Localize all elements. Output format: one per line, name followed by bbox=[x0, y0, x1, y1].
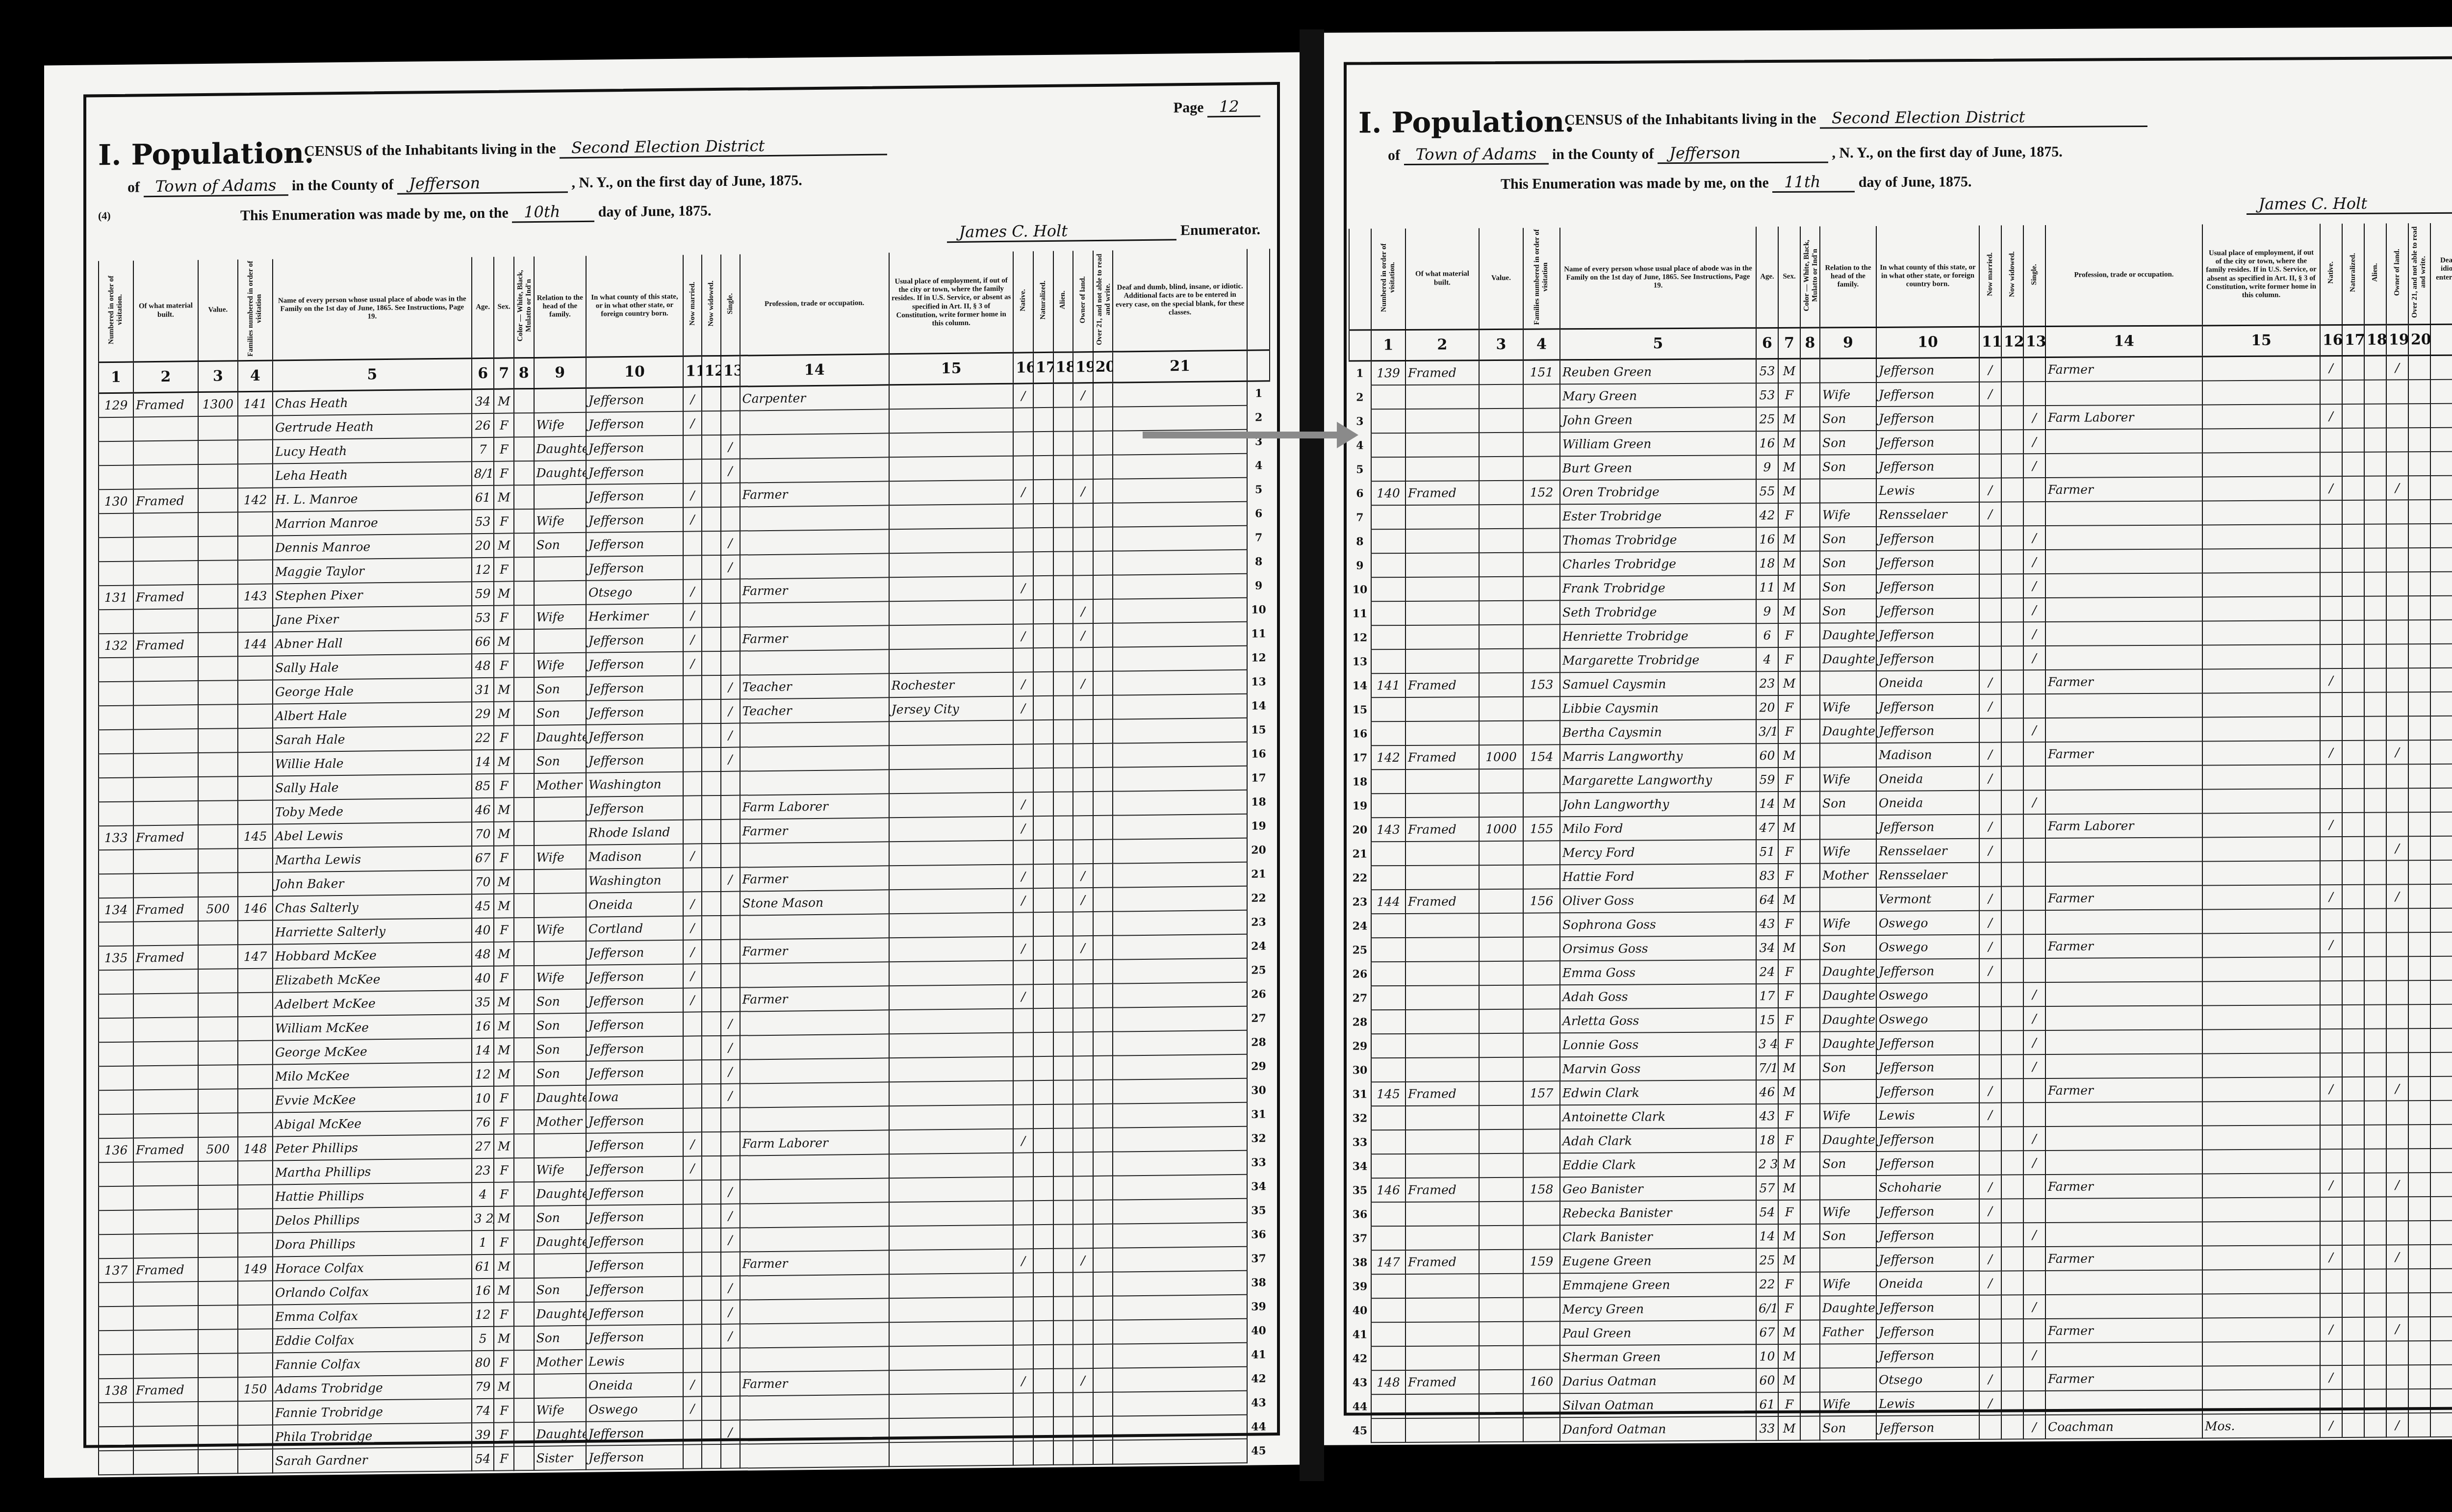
cell-empty bbox=[1033, 432, 1053, 456]
cell-c16: / bbox=[2320, 356, 2342, 381]
cell-sex: M bbox=[494, 942, 514, 966]
cell-name: Arletta Goss bbox=[1560, 1008, 1756, 1033]
cell-empty bbox=[2342, 837, 2364, 861]
cell-c16 bbox=[2320, 957, 2342, 981]
cell-name: Milo Ford bbox=[1560, 816, 1756, 841]
cell-empty bbox=[1053, 1153, 1073, 1177]
cell-empty bbox=[2342, 356, 2364, 380]
cell-dwell bbox=[99, 513, 133, 538]
cell-empty bbox=[1113, 1199, 1247, 1224]
cell-occ: Farmer bbox=[740, 938, 889, 964]
column-header-11: Now married. bbox=[1979, 226, 2001, 327]
cell-c11: / bbox=[1979, 959, 2001, 983]
cell-c11: / bbox=[1979, 1199, 2001, 1223]
cell-name: Orsimus Goss bbox=[1560, 936, 1756, 961]
cell-empty bbox=[514, 870, 534, 894]
cell-rel: Wife bbox=[534, 412, 587, 437]
cell-empty bbox=[2408, 980, 2430, 1004]
cell-family bbox=[238, 969, 273, 993]
cell-c16: / bbox=[2320, 933, 2342, 957]
cell-empty bbox=[1113, 982, 1247, 1008]
cell-empty bbox=[1800, 936, 1820, 960]
cell-emp bbox=[2202, 861, 2320, 885]
cell-born: Jefferson bbox=[586, 508, 683, 533]
cell-material bbox=[133, 1161, 198, 1186]
cell-emp bbox=[2202, 644, 2320, 669]
cell-empty bbox=[1093, 960, 1113, 984]
cell-c13 bbox=[2023, 886, 2045, 910]
cell-empty bbox=[1053, 648, 1073, 672]
column-header-label: Value. bbox=[208, 306, 228, 313]
column-header-18: Alien. bbox=[2364, 223, 2386, 325]
cell-born: Washington bbox=[586, 868, 683, 893]
cell-emp bbox=[2202, 500, 2320, 525]
cell-age: 25 bbox=[1756, 1248, 1778, 1272]
cell-occ bbox=[2045, 645, 2202, 670]
line-number-header bbox=[1349, 229, 1371, 330]
cell-empty bbox=[2430, 379, 2452, 404]
cell-name: Mary Green bbox=[1560, 383, 1756, 408]
cell-name: Seth Trobridge bbox=[1560, 599, 1756, 624]
cell-material bbox=[133, 609, 198, 633]
cell-c11 bbox=[683, 1180, 702, 1204]
cell-dwell bbox=[1371, 1034, 1405, 1058]
cell-empty bbox=[2364, 1341, 2386, 1365]
cell-empty bbox=[1800, 1416, 1820, 1440]
cell-age: 12 bbox=[472, 558, 494, 582]
cell-empty bbox=[702, 940, 721, 964]
line-number: 30 bbox=[1349, 1058, 1371, 1082]
cell-empty bbox=[514, 701, 534, 725]
line-number: 13 bbox=[1247, 669, 1270, 693]
cell-material bbox=[133, 537, 198, 561]
cell-empty bbox=[2430, 1220, 2452, 1245]
cell-sex: F bbox=[1778, 1128, 1800, 1152]
cell-c13: / bbox=[2023, 430, 2045, 454]
cell-empty bbox=[1800, 792, 1820, 816]
column-header-label: Numbered in order of visitation. bbox=[1380, 229, 1397, 327]
cell-value bbox=[1479, 1298, 1523, 1322]
cell-c13: / bbox=[2023, 718, 2045, 742]
cell-family: 153 bbox=[1523, 673, 1560, 697]
cell-empty bbox=[1033, 1345, 1053, 1369]
cell-empty bbox=[2001, 598, 2023, 622]
cell-born: Oneida bbox=[586, 1373, 683, 1398]
column-header-label: Relation to the head of the family. bbox=[537, 294, 583, 319]
cell-family bbox=[1523, 937, 1560, 961]
column-header-3: Value. bbox=[198, 259, 238, 361]
cell-c16 bbox=[2320, 1149, 2342, 1173]
column-header-label: Value. bbox=[1491, 274, 1511, 282]
enumerator-signature: James C. Holt bbox=[947, 220, 1176, 243]
cell-born: Washington bbox=[586, 772, 683, 797]
cell-empty bbox=[1800, 816, 1820, 840]
cell-rel bbox=[534, 581, 587, 605]
cell-value bbox=[198, 609, 238, 633]
cell-occ bbox=[740, 1347, 889, 1372]
cell-c11: / bbox=[683, 484, 702, 508]
cell-value bbox=[198, 440, 238, 465]
cell-empty bbox=[2364, 524, 2386, 548]
cell-material bbox=[133, 777, 198, 801]
cell-c19 bbox=[2386, 908, 2408, 932]
cell-c19 bbox=[1073, 1128, 1093, 1152]
cell-empty bbox=[2364, 1053, 2386, 1077]
cell-empty bbox=[2342, 548, 2364, 572]
column-number: 9 bbox=[1820, 328, 1876, 359]
cell-empty bbox=[1113, 526, 1247, 551]
cell-family bbox=[1523, 793, 1560, 817]
cell-c11 bbox=[1979, 863, 2001, 887]
cell-c16: / bbox=[2320, 404, 2342, 428]
cell-c16: / bbox=[2320, 1413, 2342, 1437]
cell-age: 74 bbox=[472, 1399, 494, 1423]
cell-family bbox=[238, 1041, 273, 1065]
cell-sex: M bbox=[1778, 551, 1800, 575]
cell-empty bbox=[2001, 1031, 2023, 1055]
cell-value bbox=[1479, 384, 1523, 409]
line-number: 36 bbox=[1247, 1222, 1270, 1246]
cell-c19 bbox=[2386, 1293, 2408, 1317]
line-number: 2 bbox=[1247, 405, 1270, 429]
cell-empty bbox=[1053, 816, 1073, 840]
cell-name: Sarah Hale bbox=[273, 726, 472, 752]
cell-material bbox=[1405, 649, 1479, 673]
cell-empty bbox=[1113, 622, 1247, 647]
cell-c11 bbox=[683, 1108, 702, 1132]
cell-rel: Son bbox=[534, 1013, 587, 1038]
cell-born: Jefferson bbox=[1876, 382, 1979, 407]
cell-age: 3 2/12 bbox=[472, 1206, 494, 1230]
cell-value bbox=[198, 416, 238, 441]
cell-empty bbox=[702, 964, 721, 988]
cell-born: Oneida bbox=[1876, 791, 1979, 815]
cell-value bbox=[1479, 1153, 1523, 1178]
cell-rel: Son bbox=[534, 1061, 587, 1086]
cell-material: Framed bbox=[1405, 817, 1479, 842]
cell-dwell bbox=[99, 610, 133, 634]
cell-rel bbox=[534, 893, 587, 918]
cell-emp bbox=[2202, 476, 2320, 501]
cell-empty bbox=[1053, 864, 1073, 888]
cell-empty bbox=[2430, 1244, 2452, 1269]
cell-occ bbox=[2045, 1390, 2202, 1415]
cell-empty bbox=[2430, 355, 2452, 380]
book-gutter bbox=[1300, 29, 1324, 1481]
cell-material bbox=[133, 753, 198, 777]
cell-occ: Coachman bbox=[2045, 1414, 2202, 1439]
cell-family: 149 bbox=[238, 1257, 273, 1281]
cell-name: Martha Phillips bbox=[273, 1159, 472, 1185]
cell-material bbox=[1405, 457, 1479, 481]
line-number: 38 bbox=[1247, 1270, 1270, 1294]
cell-empty bbox=[514, 413, 534, 437]
cell-empty bbox=[2364, 861, 2386, 885]
cell-dwell: 129 bbox=[99, 393, 133, 417]
cell-family bbox=[238, 512, 273, 537]
cell-empty bbox=[1093, 1176, 1113, 1200]
cell-sex: M bbox=[494, 1062, 514, 1086]
cell-c16 bbox=[2320, 1293, 2342, 1317]
cell-empty bbox=[2001, 406, 2023, 430]
cell-occ: Farmer bbox=[2045, 886, 2202, 911]
cell-material: Framed bbox=[1405, 745, 1479, 769]
cell-sex: F bbox=[494, 510, 514, 534]
cell-material bbox=[1405, 1274, 1479, 1298]
cell-value bbox=[198, 945, 238, 970]
cell-name: Adah Clark bbox=[1560, 1128, 1756, 1153]
cell-age: 24 bbox=[1756, 960, 1778, 984]
cell-c19 bbox=[1073, 1320, 1093, 1344]
cell-born: Jefferson bbox=[1876, 1415, 1979, 1440]
cell-value bbox=[198, 488, 238, 513]
cell-c11 bbox=[683, 748, 702, 772]
cell-rel: Wife bbox=[534, 605, 587, 629]
cell-value bbox=[1479, 1418, 1523, 1442]
cell-age: 46 bbox=[1756, 1080, 1778, 1104]
line-number: 32 bbox=[1247, 1126, 1270, 1150]
line-number: 4 bbox=[1247, 453, 1270, 477]
cell-value bbox=[198, 537, 238, 561]
cell-empty bbox=[2001, 1295, 2023, 1319]
cell-age: 33 bbox=[1756, 1416, 1778, 1440]
section-title: I. Population. bbox=[1358, 105, 1574, 139]
cell-name: Fannie Trobridge bbox=[273, 1399, 472, 1425]
cell-emp bbox=[2202, 885, 2320, 909]
cell-family bbox=[1523, 1418, 1560, 1442]
cell-occ bbox=[740, 1323, 889, 1348]
cell-empty bbox=[1053, 696, 1073, 720]
cell-material bbox=[1405, 577, 1479, 601]
cell-c11: / bbox=[1979, 1079, 2001, 1103]
cell-sex: M bbox=[494, 1255, 514, 1279]
cell-rel: Wife bbox=[534, 1157, 587, 1182]
line-number: 19 bbox=[1349, 794, 1371, 818]
cell-empty bbox=[1800, 1272, 1820, 1296]
cell-name: John Baker bbox=[273, 871, 472, 897]
cell-empty bbox=[1113, 381, 1247, 407]
cell-dwell bbox=[99, 417, 133, 442]
cell-family bbox=[1523, 409, 1560, 433]
cell-rel: Son bbox=[534, 1205, 587, 1230]
cell-rel: Son bbox=[1820, 551, 1876, 575]
cell-c16 bbox=[1013, 720, 1033, 744]
cell-rel: Daughter bbox=[1820, 1296, 1876, 1320]
cell-c11 bbox=[1979, 1127, 2001, 1151]
cell-value bbox=[1479, 481, 1523, 505]
cell-material: Framed bbox=[1405, 360, 1479, 385]
cell-sex: M bbox=[494, 1134, 514, 1158]
cell-empty bbox=[1093, 1416, 1113, 1440]
cell-empty bbox=[1033, 960, 1053, 984]
cell-c16 bbox=[2320, 1389, 2342, 1413]
line-number: 11 bbox=[1349, 602, 1371, 626]
cell-dwell bbox=[99, 1162, 133, 1187]
cell-empty bbox=[2342, 789, 2364, 813]
cell-c19 bbox=[2386, 764, 2408, 788]
cell-sex: F bbox=[1778, 383, 1800, 407]
cell-c13 bbox=[721, 820, 740, 844]
cell-occ bbox=[740, 434, 889, 459]
cell-c19 bbox=[2386, 428, 2408, 452]
cell-name: Edwin Clark bbox=[1560, 1080, 1756, 1105]
cell-c13 bbox=[721, 627, 740, 651]
cell-family bbox=[1523, 865, 1560, 889]
cell-rel: Son bbox=[534, 1278, 587, 1302]
line-number: 32 bbox=[1349, 1106, 1371, 1130]
line-number: 1 bbox=[1247, 381, 1270, 406]
cell-rel: Wife bbox=[1820, 1392, 1876, 1416]
cell-family bbox=[238, 1185, 273, 1209]
column-header-8: Color — White, Black, Mulatto or Ind'n bbox=[514, 256, 534, 358]
cell-c13 bbox=[2023, 838, 2045, 862]
cell-name: Evvie McKee bbox=[273, 1087, 472, 1113]
cell-emp bbox=[2202, 1005, 2320, 1029]
cell-born: Iowa bbox=[586, 1084, 683, 1109]
cell-emp bbox=[889, 1105, 1014, 1130]
cell-sex: F bbox=[494, 966, 514, 990]
cell-c19 bbox=[2386, 1221, 2408, 1245]
cell-emp bbox=[889, 528, 1014, 554]
cell-c16 bbox=[2320, 524, 2342, 548]
cell-dwell bbox=[1371, 385, 1405, 409]
cell-empty bbox=[1033, 888, 1053, 912]
cell-empty bbox=[514, 1326, 534, 1350]
cell-c13 bbox=[721, 1444, 740, 1468]
cell-empty bbox=[2430, 956, 2452, 980]
cell-rel: Wife bbox=[1820, 911, 1876, 936]
cell-sex: M bbox=[1778, 1344, 1800, 1368]
cell-c11 bbox=[1979, 646, 2001, 670]
cell-c16 bbox=[1013, 1105, 1033, 1129]
cell-empty bbox=[1800, 1008, 1820, 1032]
cell-empty bbox=[1033, 1321, 1053, 1345]
cell-dwell bbox=[1371, 794, 1405, 818]
cell-name: William McKee bbox=[273, 1015, 472, 1041]
cell-c16 bbox=[2320, 837, 2342, 861]
cell-name: Silvan Oatman bbox=[1560, 1392, 1756, 1417]
cell-empty bbox=[1800, 647, 1820, 671]
cell-age: 27 bbox=[472, 1134, 494, 1158]
cell-c11 bbox=[683, 1325, 702, 1349]
cell-dwell bbox=[99, 754, 133, 778]
cell-sex: F bbox=[1778, 1008, 1800, 1032]
cell-sex: M bbox=[494, 870, 514, 894]
cell-empty bbox=[1113, 454, 1247, 479]
cell-empty bbox=[1093, 695, 1113, 719]
cell-occ bbox=[740, 1203, 889, 1228]
cell-c16 bbox=[2320, 500, 2342, 524]
cell-empty bbox=[1800, 888, 1820, 912]
cell-empty bbox=[2408, 836, 2430, 860]
cell-empty bbox=[514, 581, 534, 605]
cell-emp bbox=[889, 1153, 1014, 1179]
cell-c11: / bbox=[683, 844, 702, 868]
cell-empty bbox=[2430, 860, 2452, 884]
cell-empty bbox=[1093, 936, 1113, 960]
cell-name: Marris Langworthy bbox=[1560, 743, 1756, 769]
cell-c11: / bbox=[1979, 694, 2001, 718]
column-header-7: Sex. bbox=[494, 256, 514, 358]
cell-material bbox=[133, 849, 198, 873]
cell-value bbox=[1479, 625, 1523, 649]
cell-empty bbox=[2342, 1197, 2364, 1221]
cell-born: Oswego bbox=[1876, 1007, 1979, 1031]
cell-c16 bbox=[1013, 552, 1033, 576]
cell-empty bbox=[514, 821, 534, 846]
cell-c19 bbox=[1073, 1392, 1093, 1416]
cell-value bbox=[198, 1065, 238, 1090]
cell-c19 bbox=[1073, 840, 1093, 864]
cell-c19 bbox=[1073, 647, 1093, 671]
cell-sex: F bbox=[1778, 623, 1800, 647]
cell-c16 bbox=[2320, 789, 2342, 813]
cell-empty bbox=[1033, 1273, 1053, 1297]
cell-emp bbox=[889, 769, 1014, 794]
cell-empty bbox=[2364, 909, 2386, 933]
cell-c13 bbox=[721, 1252, 740, 1276]
column-header-13: Single. bbox=[2023, 225, 2045, 327]
cell-c19 bbox=[2386, 644, 2408, 668]
cell-born: Jefferson bbox=[1876, 1247, 1979, 1272]
cell-value bbox=[198, 1113, 238, 1138]
cell-material: Framed bbox=[1405, 1250, 1479, 1274]
cell-c11 bbox=[683, 772, 702, 796]
cell-occ bbox=[740, 1275, 889, 1300]
cell-name: Marvin Goss bbox=[1560, 1056, 1756, 1081]
cell-c19 bbox=[1073, 1272, 1093, 1296]
column-header-label: Single. bbox=[2030, 264, 2039, 285]
cell-emp bbox=[2202, 1341, 2320, 1366]
cell-empty bbox=[2342, 668, 2364, 692]
cell-rel: Wife bbox=[1820, 695, 1876, 719]
page-header: Page 13 I. Population. CENSUS of the Inh… bbox=[1358, 71, 2452, 224]
cell-empty bbox=[514, 653, 534, 677]
cell-family bbox=[238, 752, 273, 777]
column-header-label: Name of every person whose usual place o… bbox=[1564, 264, 1752, 290]
cell-born: Jefferson bbox=[586, 700, 683, 725]
cell-c16 bbox=[1013, 1321, 1033, 1345]
line-number: 31 bbox=[1247, 1102, 1270, 1126]
column-number: 17 bbox=[2342, 325, 2364, 356]
cell-emp bbox=[2202, 1317, 2320, 1342]
cell-empty bbox=[2408, 692, 2430, 716]
cell-material bbox=[1405, 961, 1479, 986]
cell-born: Madison bbox=[1876, 743, 1979, 767]
cell-dwell bbox=[1371, 1106, 1405, 1130]
cell-born: Jefferson bbox=[1876, 1319, 1979, 1344]
line-number: 33 bbox=[1247, 1150, 1270, 1174]
cell-rel bbox=[1820, 359, 1876, 383]
cell-value: 1300 bbox=[198, 392, 238, 416]
cell-born: Oswego bbox=[1876, 911, 1979, 935]
cell-empty bbox=[1800, 623, 1820, 647]
cell-empty bbox=[2408, 548, 2430, 572]
cell-age: 40 bbox=[472, 918, 494, 942]
cell-born: Jefferson bbox=[1876, 550, 1979, 575]
cell-occ bbox=[740, 1299, 889, 1324]
cell-value bbox=[198, 1426, 238, 1450]
cell-c19: / bbox=[2386, 1413, 2408, 1437]
cell-c19: / bbox=[1073, 936, 1093, 960]
cell-occ bbox=[2045, 501, 2202, 526]
line-number: 24 bbox=[1247, 934, 1270, 958]
cell-c16: / bbox=[1013, 672, 1033, 696]
cell-occ: Farmer bbox=[740, 626, 889, 651]
column-number: 13 bbox=[721, 356, 740, 386]
column-number: 6 bbox=[1756, 328, 1778, 359]
cell-dwell bbox=[1371, 1298, 1405, 1322]
